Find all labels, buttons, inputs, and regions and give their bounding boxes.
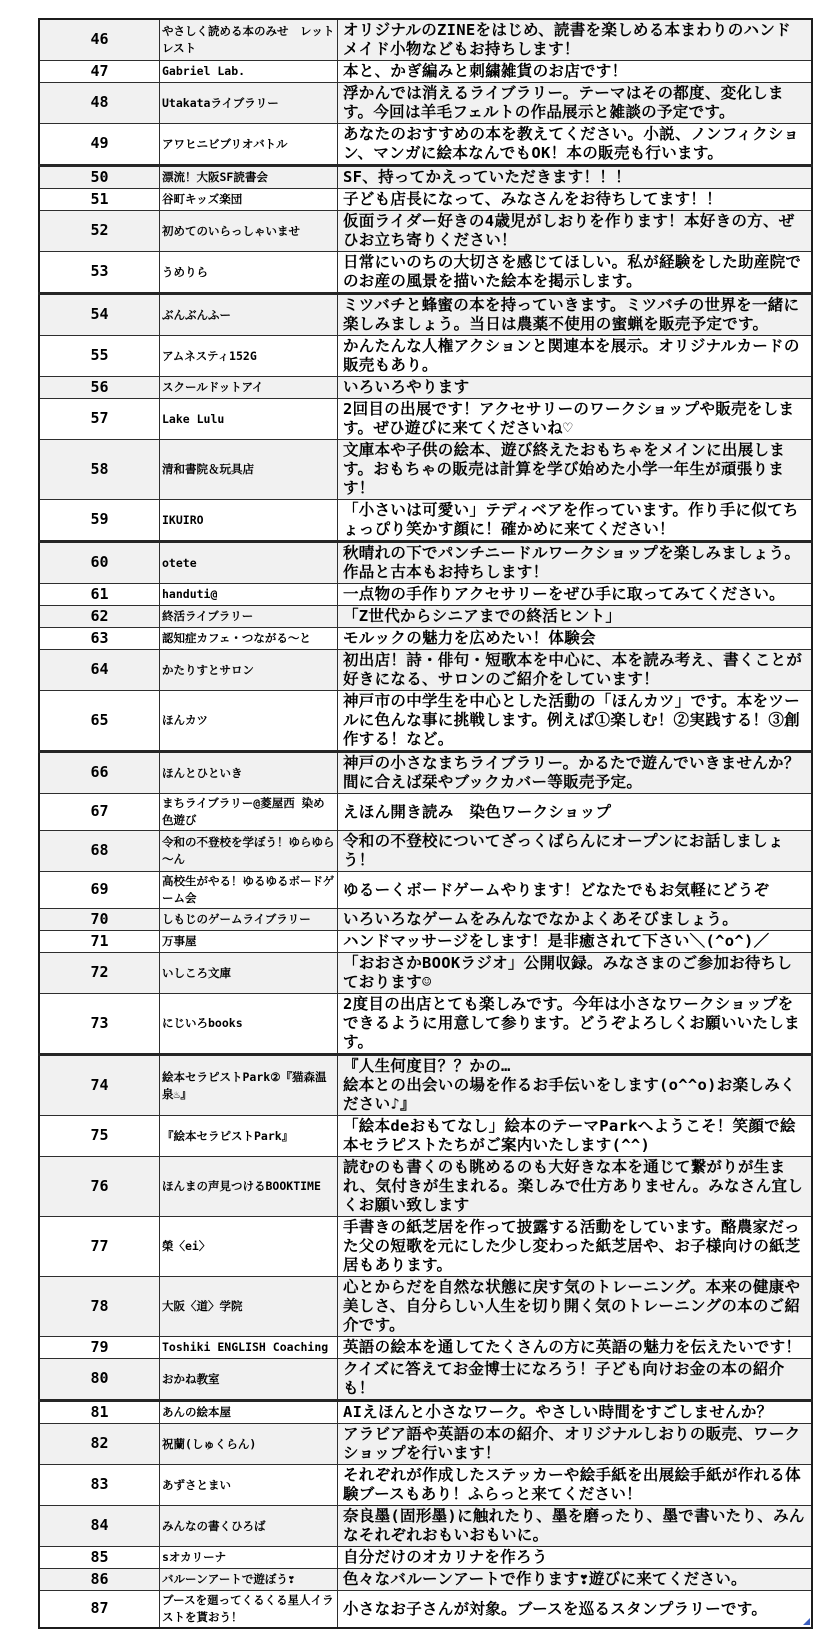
booth-number-cell: 75: [39, 1116, 160, 1157]
booth-number-cell: 51: [39, 189, 160, 211]
table-row: 58清和書院＆玩具店文庫本や子供の絵本、遊び終えたおもちゃをメインに出展します。…: [39, 440, 812, 500]
booth-number-cell: 50: [39, 166, 160, 189]
booth-name-cell: 清和書院＆玩具店: [160, 440, 338, 500]
booth-number-cell: 80: [39, 1359, 160, 1401]
booth-name-cell: Utakataライブラリー: [160, 83, 338, 124]
booth-name-cell: IKUIRO: [160, 500, 338, 542]
booth-description-cell: アラビア語や英語の本の紹介、オリジナルしおりの販売、ワークショップを行います！: [338, 1424, 813, 1465]
table-row: 47Gabriel Lab.本と、かぎ編みと刺繍雑貨のお店です！: [39, 61, 812, 83]
booth-name-cell: おかね教室: [160, 1359, 338, 1401]
table-row: 71万事屋ハンドマッサージをします！是非癒されて下さい＼(^o^)／: [39, 931, 812, 953]
booth-name-cell: やさしく読める本のみせ レットレスト: [160, 19, 338, 61]
table-row: 84みんなの書くひろば奈良墨(固形墨)に触れたり、墨を磨ったり、墨で書いたり、み…: [39, 1506, 812, 1547]
booth-name-cell: しもじのゲームライブラリー: [160, 909, 338, 931]
booth-name-cell: 認知症カフェ・つながる～と: [160, 628, 338, 650]
booth-name-cell: 高校生がやる！ゆるゆるボードゲーム会: [160, 872, 338, 909]
table-row: 72いしころ文庫「おおさかBOOKラジオ」公開収録。みなさまのご参加お待ちしてお…: [39, 953, 812, 994]
booth-number-cell: 64: [39, 650, 160, 691]
booth-name-cell: にじいろbooks: [160, 994, 338, 1055]
booth-number-cell: 76: [39, 1157, 160, 1217]
booth-name-cell: 令和の不登校を学ぼう！ゆらゆら～ん: [160, 831, 338, 872]
table-row: 79Toshiki ENGLISH Coaching英語の絵本を通してたくさんの…: [39, 1337, 812, 1359]
table-row: 80おかね教室クイズに答えてお金博士になろう！子ども向けお金の本の紹介も！: [39, 1359, 812, 1401]
table-row: 54ぶんぶんふーミツバチと蜂蜜の本を持っていきます。ミツバチの世界を一緒に楽しみ…: [39, 294, 812, 336]
table-row: 68令和の不登校を学ぼう！ゆらゆら～ん令和の不登校についてざっくばらんにオープン…: [39, 831, 812, 872]
booth-number-cell: 67: [39, 794, 160, 831]
booth-description-cell: 仮面ライダー好きの4歳児がしおりを作ります！本好きの方、ぜひお立ち寄りください！: [338, 211, 813, 252]
booth-number-cell: 49: [39, 124, 160, 166]
booth-number-cell: 72: [39, 953, 160, 994]
booth-number-cell: 46: [39, 19, 160, 61]
table-row: 63認知症カフェ・つながる～とモルックの魅力を広めたい！体験会: [39, 628, 812, 650]
table-row: 73にじいろbooks2度目の出店とても楽しみです。今年は小さなワークショップを…: [39, 994, 812, 1055]
booth-number-cell: 47: [39, 61, 160, 83]
booth-name-cell: 万事屋: [160, 931, 338, 953]
booth-number-cell: 53: [39, 252, 160, 294]
booth-number-cell: 81: [39, 1401, 160, 1424]
booth-name-cell: otete: [160, 542, 338, 584]
table-row: 76ほんまの声見つけるBOOKTIME読むのも書くのも眺めるのも大好きな本を通じ…: [39, 1157, 812, 1217]
booth-description-cell: オリジナルのZINEをはじめ、読書を楽しめる本まわりのハンドメイド小物などもお持…: [338, 19, 813, 61]
booth-description-cell: 子ども店長になって、みなさんをお待ちしてます！！: [338, 189, 813, 211]
booth-number-cell: 52: [39, 211, 160, 252]
booth-name-cell: 『絵本セラピストPark』: [160, 1116, 338, 1157]
booth-number-cell: 70: [39, 909, 160, 931]
booth-name-cell: ほんカツ: [160, 691, 338, 752]
booth-number-cell: 57: [39, 399, 160, 440]
booth-name-cell: 祝蘭(しゅくらん): [160, 1424, 338, 1465]
booth-name-cell: Gabriel Lab.: [160, 61, 338, 83]
booth-description-cell: 文庫本や子供の絵本、遊び終えたおもちゃをメインに出展します。おもちゃの販売は計算…: [338, 440, 813, 500]
booth-number-cell: 79: [39, 1337, 160, 1359]
booth-number-cell: 58: [39, 440, 160, 500]
booth-name-cell: 絵本セラピストPark②『猫森温泉♨』: [160, 1055, 338, 1116]
booth-number-cell: 59: [39, 500, 160, 542]
booth-description-cell: 「おおさかBOOKラジオ」公開収録。みなさまのご参加お待ちしております☺: [338, 953, 813, 994]
booth-number-cell: 74: [39, 1055, 160, 1116]
booth-list-table: 46やさしく読める本のみせ レットレストオリジナルのZINEをはじめ、読書を楽し…: [38, 18, 813, 1629]
table-row: 52初めてのいらっしゃいませ仮面ライダー好きの4歳児がしおりを作ります！本好きの…: [39, 211, 812, 252]
table-row: 50漂流！大阪SF読書会SF、持ってかえっていただきます！！！: [39, 166, 812, 189]
table-row: 65ほんカツ神戸市の中学生を中心とした活動の「ほんカツ」です。本をツールに色んな…: [39, 691, 812, 752]
booth-description-cell: かんたんな人権アクションと関連本を展示。オリジナルカードの販売もあり。: [338, 336, 813, 377]
booth-number-cell: 66: [39, 752, 160, 794]
booth-description-cell: 英語の絵本を通してたくさんの方に英語の魅力を伝えたいです！: [338, 1337, 813, 1359]
booth-description-cell: 「Z世代からシニアまでの終活ヒント」: [338, 606, 813, 628]
booth-number-cell: 85: [39, 1547, 160, 1569]
booth-name-cell: スクールドットアイ: [160, 377, 338, 399]
booth-name-cell: 榮〈ei〉: [160, 1217, 338, 1277]
booth-name-cell: いしころ文庫: [160, 953, 338, 994]
booth-number-cell: 84: [39, 1506, 160, 1547]
booth-description-cell: AIえほんと小さなワーク。やさしい時間をすごしませんか？: [338, 1401, 813, 1424]
booth-description-cell: えほん開き読み 染色ワークショップ: [338, 794, 813, 831]
table-row: 69高校生がやる！ゆるゆるボードゲーム会ゆるーくボードゲームやります！どなたでも…: [39, 872, 812, 909]
booth-description-cell: 神戸の小さなまちライブラリー。かるたで遊んでいきませんか？間に合えば栞やブックカ…: [338, 752, 813, 794]
booth-name-cell: 谷町キッズ楽団: [160, 189, 338, 211]
booth-name-cell: みんなの書くひろば: [160, 1506, 338, 1547]
booth-number-cell: 48: [39, 83, 160, 124]
booth-name-cell: あずさとまい: [160, 1465, 338, 1506]
booth-description-cell: 日常にいのちの大切さを感じてほしい。私が経験をした助産院でのお産の風景を描いた絵…: [338, 252, 813, 294]
booth-number-cell: 87: [39, 1591, 160, 1629]
booth-description-cell: 色々なバルーンアートで作ります❣遊びに来てください。: [338, 1569, 813, 1591]
table-row: 87ブースを廻ってくるくる星人イラストを貰おう！小さなお子さんが対象。ブースを巡…: [39, 1591, 812, 1629]
booth-description-cell: SF、持ってかえっていただきます！！！: [338, 166, 813, 189]
booth-number-cell: 68: [39, 831, 160, 872]
table-row: 55アムネスティ152Gかんたんな人権アクションと関連本を展示。オリジナルカード…: [39, 336, 812, 377]
table-row: 48Utakataライブラリー浮かんでは消えるライブラリー。テーマはその都度、変…: [39, 83, 812, 124]
booth-name-cell: まちライブラリー@菱屋西 染め色遊び: [160, 794, 338, 831]
booth-name-cell: 終活ライブラリー: [160, 606, 338, 628]
booth-description-cell: 「小さいは可愛い」テディベアを作っています。作り手に似てちょっぴり笑かす顔に！確…: [338, 500, 813, 542]
booth-number-cell: 77: [39, 1217, 160, 1277]
table-row: 51谷町キッズ楽団子ども店長になって、みなさんをお待ちしてます！！: [39, 189, 812, 211]
booth-description-cell: 「絵本deおもてなし」絵本のテーマParkへようこそ！笑顔で絵本セラピストたちが…: [338, 1116, 813, 1157]
booth-name-cell: うめりら: [160, 252, 338, 294]
table-row: 64かたりすとサロン初出店！詩・俳句・短歌本を中心に、本を読み考え、書くことが好…: [39, 650, 812, 691]
booth-name-cell: ブースを廻ってくるくる星人イラストを貰おう！: [160, 1591, 338, 1629]
table-row: 57Lake Lulu2回目の出展です！アクセサリーのワークショップや販売をしま…: [39, 399, 812, 440]
table-row: 56スクールドットアイいろいろやります: [39, 377, 812, 399]
booth-description-cell: 自分だけのオカリナを作ろう: [338, 1547, 813, 1569]
booth-name-cell: 初めてのいらっしゃいませ: [160, 211, 338, 252]
booth-description-cell: クイズに答えてお金博士になろう！子ども向けお金の本の紹介も！: [338, 1359, 813, 1401]
booth-description-cell: それぞれが作成したステッカーや絵手紙を出展絵手紙が作れる体験ブースもあり！ふらっ…: [338, 1465, 813, 1506]
booth-name-cell: ほんとひといき: [160, 752, 338, 794]
booth-description-cell: 神戸市の中学生を中心とした活動の「ほんカツ」です。本をツールに色んな事に挑戦しま…: [338, 691, 813, 752]
table-row: 77榮〈ei〉手書きの紙芝居を作って披露する活動をしています。酪農家だった父の短…: [39, 1217, 812, 1277]
booth-number-cell: 83: [39, 1465, 160, 1506]
booth-name-cell: アワヒニビブリオバトル: [160, 124, 338, 166]
table-row: 75『絵本セラピストPark』「絵本deおもてなし」絵本のテーマParkへようこ…: [39, 1116, 812, 1157]
table-row: 59IKUIRO「小さいは可愛い」テディベアを作っています。作り手に似てちょっぴ…: [39, 500, 812, 542]
booth-description-cell: ハンドマッサージをします！是非癒されて下さい＼(^o^)／: [338, 931, 813, 953]
booth-description-cell: 読むのも書くのも眺めるのも大好きな本を通じて繋がりが生まれ、気付きが生まれる。楽…: [338, 1157, 813, 1217]
booth-name-cell: かたりすとサロン: [160, 650, 338, 691]
booth-description-cell: 浮かんでは消えるライブラリー。テーマはその都度、変化します。今回は羊毛フェルトの…: [338, 83, 813, 124]
booth-number-cell: 61: [39, 584, 160, 606]
booth-number-cell: 63: [39, 628, 160, 650]
booth-description-cell: あなたのおすすめの本を教えてください。小説、ノンフィクション、マンガに絵本なんで…: [338, 124, 813, 166]
booth-description-cell: 一点物の手作りアクセサリーをぜひ手に取ってみてください。: [338, 584, 813, 606]
booth-name-cell: 大阪〈道〉学院: [160, 1277, 338, 1337]
booth-name-cell: バルーンアートで遊ぼう❣: [160, 1569, 338, 1591]
booth-number-cell: 86: [39, 1569, 160, 1591]
table-row: 85sオカリーナ自分だけのオカリナを作ろう: [39, 1547, 812, 1569]
table-row: 62終活ライブラリー「Z世代からシニアまでの終活ヒント」: [39, 606, 812, 628]
booth-description-cell: 小さなお子さんが対象。ブースを巡るスタンプラリーです。: [338, 1591, 813, 1629]
booth-name-cell: sオカリーナ: [160, 1547, 338, 1569]
booth-description-cell: いろいろやります: [338, 377, 813, 399]
booth-description-cell: 初出店！詩・俳句・短歌本を中心に、本を読み考え、書くことが好きになる、サロンのご…: [338, 650, 813, 691]
table-row: 83あずさとまいそれぞれが作成したステッカーや絵手紙を出展絵手紙が作れる体験ブー…: [39, 1465, 812, 1506]
booth-name-cell: ぶんぶんふー: [160, 294, 338, 336]
booth-description-cell: 秋晴れの下でパンチニードルワークショップを楽しみましょう。作品と古本もお持ちしま…: [338, 542, 813, 584]
booth-list-table-container: 46やさしく読める本のみせ レットレストオリジナルのZINEをはじめ、読書を楽し…: [38, 18, 813, 1629]
booth-name-cell: ほんまの声見つけるBOOKTIME: [160, 1157, 338, 1217]
booth-name-cell: Lake Lulu: [160, 399, 338, 440]
booth-number-cell: 71: [39, 931, 160, 953]
booth-description-cell: モルックの魅力を広めたい！体験会: [338, 628, 813, 650]
table-row: 81あんの絵本屋AIえほんと小さなワーク。やさしい時間をすごしませんか？: [39, 1401, 812, 1424]
booth-description-cell: 2度目の出店とても楽しみです。今年は小さなワークショップをできるように用意して参…: [338, 994, 813, 1055]
booth-description-cell: いろいろなゲームをみんなでなかよくあそびましょう。: [338, 909, 813, 931]
table-row: 82祝蘭(しゅくらん)アラビア語や英語の本の紹介、オリジナルしおりの販売、ワーク…: [39, 1424, 812, 1465]
booth-description-cell: 令和の不登校についてざっくばらんにオープンにお話しましょう！: [338, 831, 813, 872]
table-row: 78大阪〈道〉学院心とからだを自然な状態に戻す気のトレーニング。本来の健康や美し…: [39, 1277, 812, 1337]
booth-name-cell: あんの絵本屋: [160, 1401, 338, 1424]
booth-description-cell: 奈良墨(固形墨)に触れたり、墨を磨ったり、墨で書いたり、みんなそれぞれおもいおも…: [338, 1506, 813, 1547]
table-row: 70しもじのゲームライブラリーいろいろなゲームをみんなでなかよくあそびましょう。: [39, 909, 812, 931]
booth-number-cell: 54: [39, 294, 160, 336]
booth-number-cell: 73: [39, 994, 160, 1055]
booth-number-cell: 55: [39, 336, 160, 377]
table-row: 74絵本セラピストPark②『猫森温泉♨』『人生何度目？？かの… 絵本との出会い…: [39, 1055, 812, 1116]
table-row: 86バルーンアートで遊ぼう❣色々なバルーンアートで作ります❣遊びに来てください。: [39, 1569, 812, 1591]
booth-description-cell: 『人生何度目？？かの… 絵本との出会いの場を作るお手伝いをします(o^^o)お楽…: [338, 1055, 813, 1116]
booth-description-cell: 2回目の出展です！アクセサリーのワークショップや販売をします。ぜひ遊びに来てくだ…: [338, 399, 813, 440]
booth-number-cell: 69: [39, 872, 160, 909]
booth-number-cell: 65: [39, 691, 160, 752]
table-row: 53うめりら日常にいのちの大切さを感じてほしい。私が経験をした助産院でのお産の風…: [39, 252, 812, 294]
table-row: 49アワヒニビブリオバトルあなたのおすすめの本を教えてください。小説、ノンフィク…: [39, 124, 812, 166]
booth-number-cell: 56: [39, 377, 160, 399]
booth-description-cell: 手書きの紙芝居を作って披露する活動をしています。酪農家だった父の短歌を元にした少…: [338, 1217, 813, 1277]
booth-number-cell: 62: [39, 606, 160, 628]
table-row: 60otete秋晴れの下でパンチニードルワークショップを楽しみましょう。作品と古…: [39, 542, 812, 584]
booth-name-cell: handuti@: [160, 584, 338, 606]
booth-name-cell: Toshiki ENGLISH Coaching: [160, 1337, 338, 1359]
booth-description-cell: ミツバチと蜂蜜の本を持っていきます。ミツバチの世界を一緒に楽しみましょう。当日は…: [338, 294, 813, 336]
booth-number-cell: 60: [39, 542, 160, 584]
booth-number-cell: 78: [39, 1277, 160, 1337]
corner-marker-icon: [803, 1618, 810, 1625]
booth-name-cell: アムネスティ152G: [160, 336, 338, 377]
booth-number-cell: 82: [39, 1424, 160, 1465]
table-row: 46やさしく読める本のみせ レットレストオリジナルのZINEをはじめ、読書を楽し…: [39, 19, 812, 61]
booth-description-cell: ゆるーくボードゲームやります！どなたでもお気軽にどうぞ: [338, 872, 813, 909]
booth-description-cell: 本と、かぎ編みと刺繍雑貨のお店です！: [338, 61, 813, 83]
booth-name-cell: 漂流！大阪SF読書会: [160, 166, 338, 189]
table-row: 61handuti@一点物の手作りアクセサリーをぜひ手に取ってみてください。: [39, 584, 812, 606]
table-row: 67まちライブラリー@菱屋西 染め色遊びえほん開き読み 染色ワークショップ: [39, 794, 812, 831]
booth-description-cell: 心とからだを自然な状態に戻す気のトレーニング。本来の健康や美しさ、自分らしい人生…: [338, 1277, 813, 1337]
table-row: 66ほんとひといき神戸の小さなまちライブラリー。かるたで遊んでいきませんか？間に…: [39, 752, 812, 794]
